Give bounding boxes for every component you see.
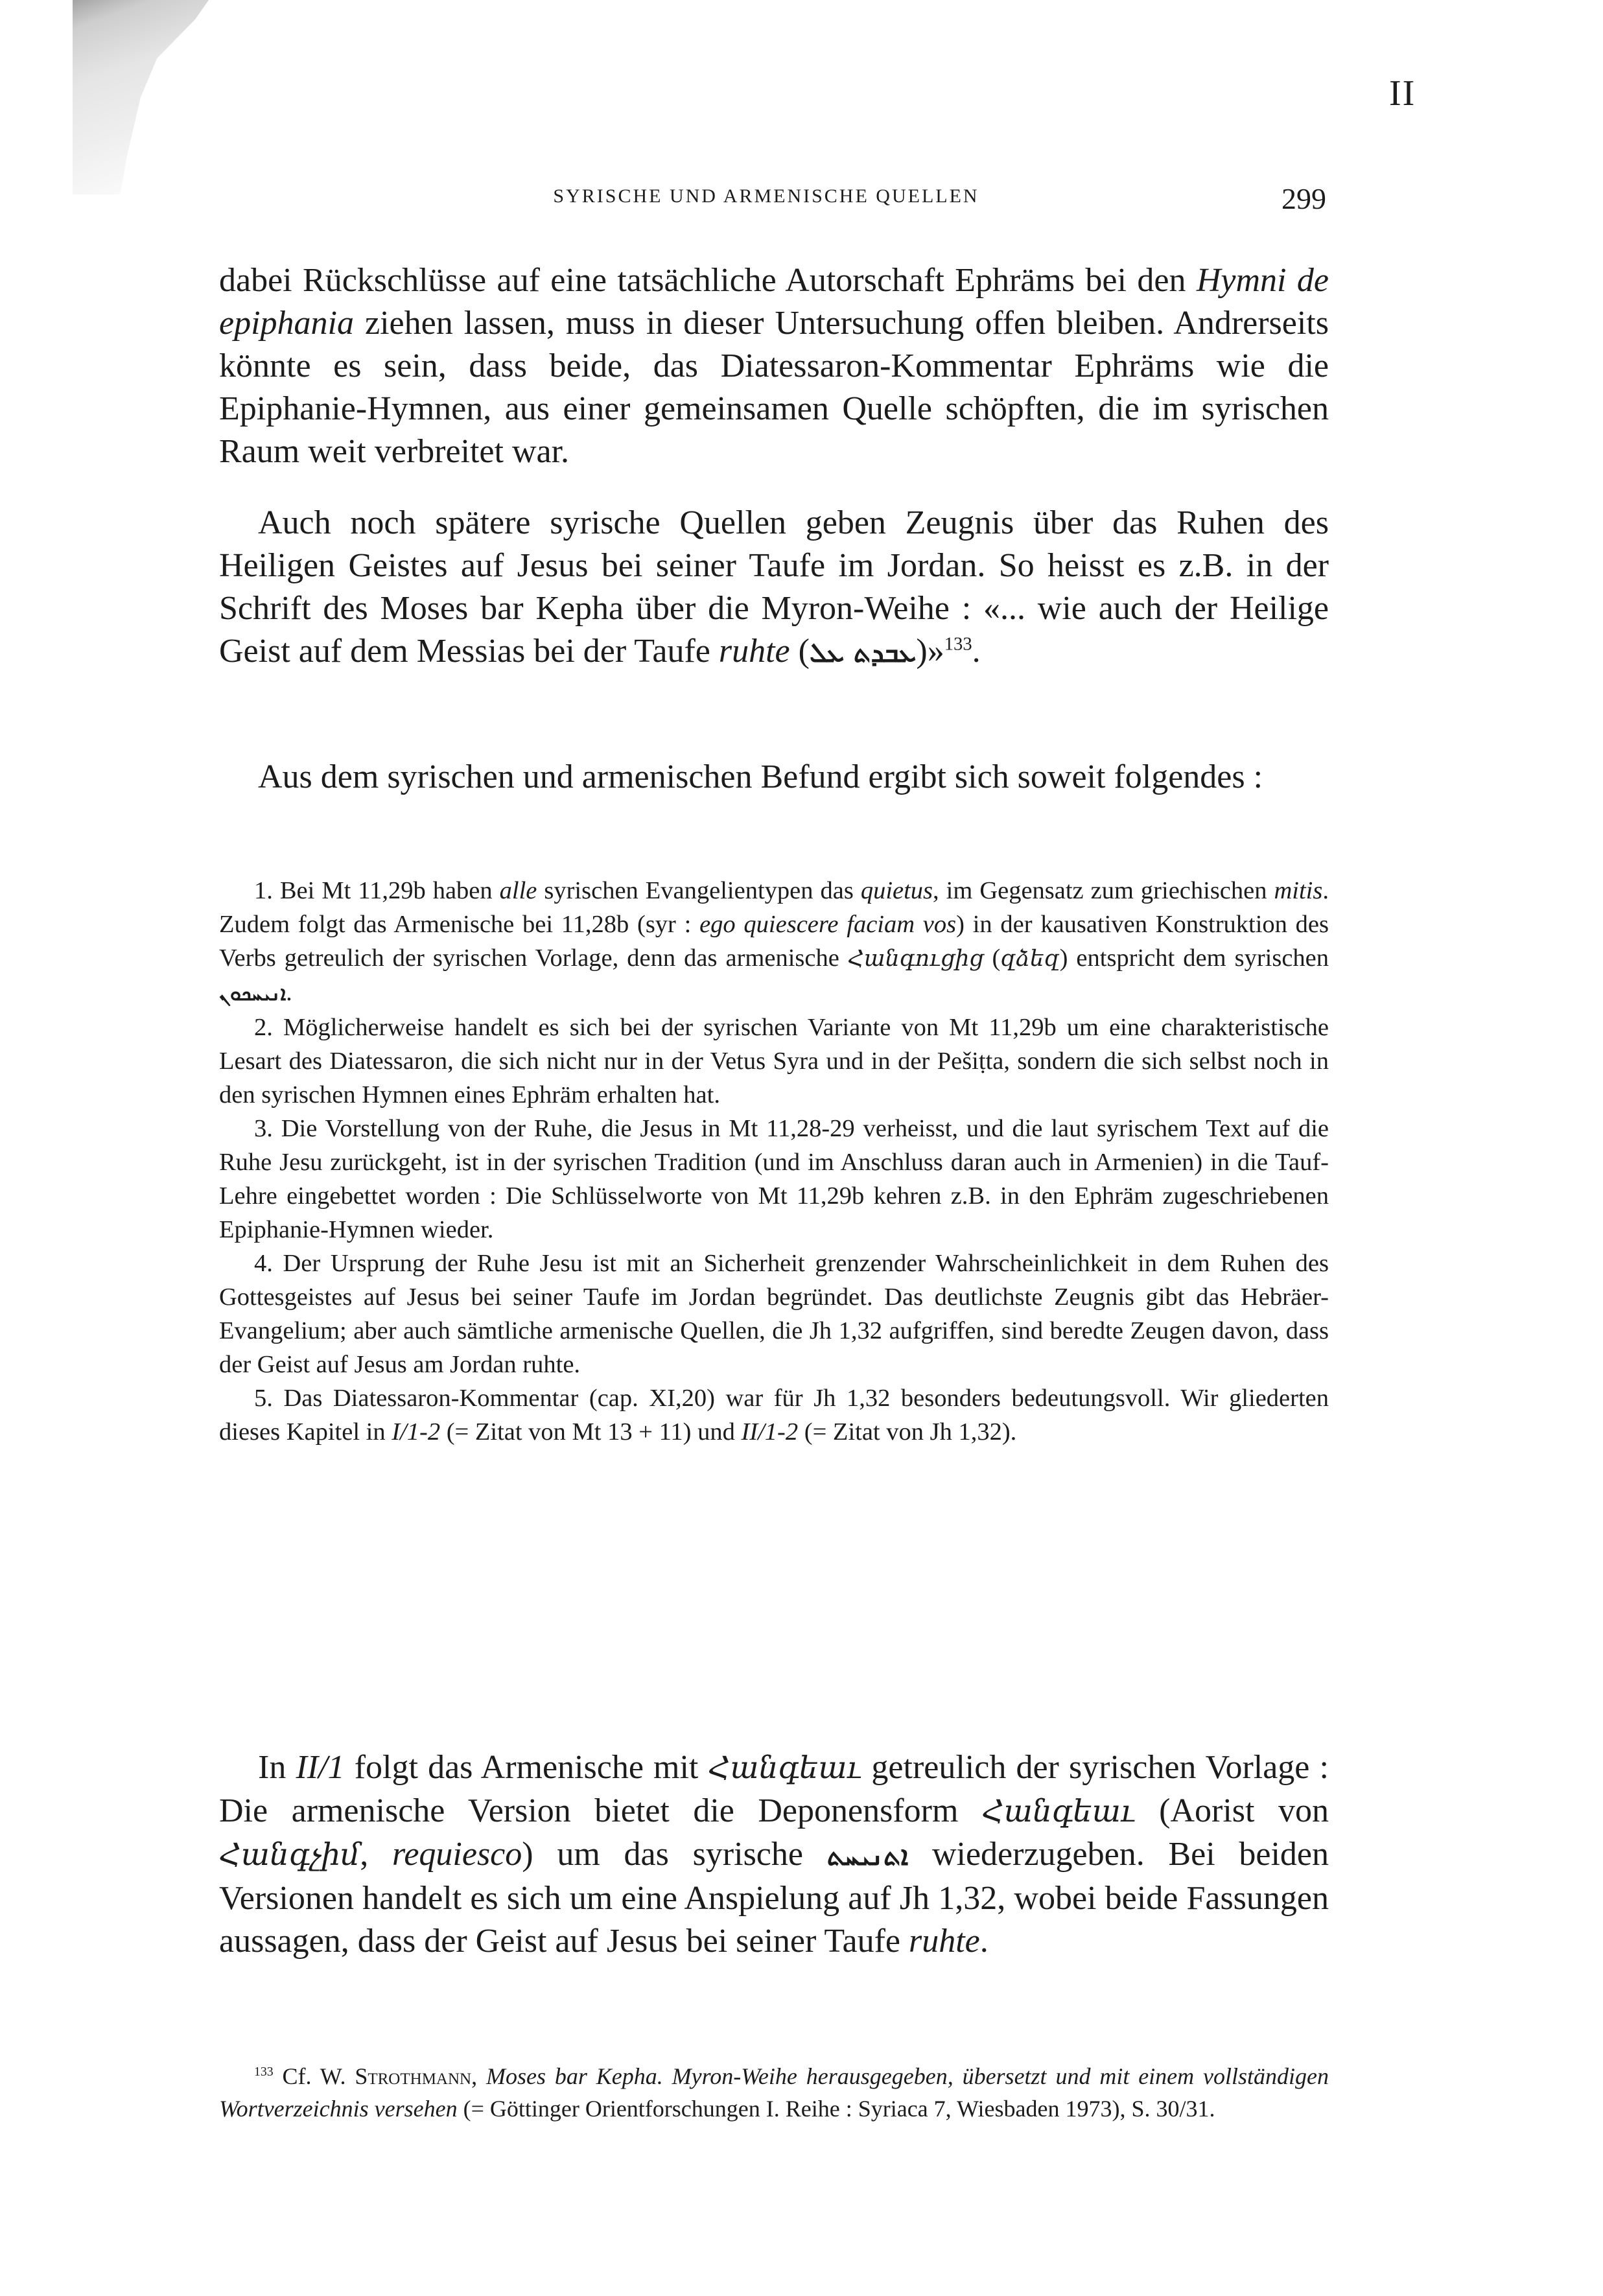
text: Der Ursprung der Ruhe Jesu ist mit an Si…: [219, 1250, 1329, 1378]
text: Aus dem syrischen und armenischen Befund…: [219, 756, 1329, 799]
armenian-word: Հանգեաւ: [708, 1751, 862, 1785]
italic-term: requiesco: [392, 1836, 522, 1873]
running-head: SYRISCHE UND ARMENISCHE QUELLEN 299: [284, 182, 1326, 220]
list-number: 4.: [254, 1250, 273, 1277]
list-number: 1.: [254, 877, 273, 904]
text: (= Zitat von Mt 13 + 11) und: [440, 1418, 741, 1446]
footnote-author: Strothmann: [355, 2063, 471, 2089]
italic-term: ego quiescere faciam vos: [699, 911, 956, 938]
list-number: 5.: [254, 1385, 273, 1412]
text: ) um das syrische: [522, 1836, 826, 1873]
list-number: 3.: [254, 1115, 273, 1142]
syriac-word: ܥܒܕܬ ܥܠ: [810, 637, 916, 668]
italic-term: ruhte: [909, 1923, 980, 1960]
paragraph-2: Auch noch spätere syrische Quellen geben…: [219, 502, 1329, 674]
text: Cf. W.: [274, 2063, 355, 2089]
list-item-2: 2. Möglicherweise handelt es sich bei de…: [219, 1011, 1329, 1112]
text: ,: [471, 2063, 486, 2089]
text: .: [980, 1923, 989, 1960]
running-head-title: SYRISCHE UND ARMENISCHE QUELLEN: [284, 185, 1326, 207]
text: Bei Mt 11,29b haben: [273, 877, 500, 904]
part-numeral: II: [1389, 73, 1416, 114]
text: folgt das Armenische mit: [345, 1749, 708, 1786]
text: dabei Rückschlüsse auf eine tatsächliche…: [219, 262, 1197, 299]
italic-section: I/1-2: [392, 1418, 440, 1446]
paragraph-1: dabei Rückschlüsse auf eine tatsächliche…: [219, 259, 1329, 473]
text: ) entspricht dem syrischen: [1060, 944, 1329, 972]
armenian-word: Հանգչիմ: [219, 1838, 360, 1872]
armenian-word: զձեզ: [1000, 946, 1059, 971]
text: (: [790, 633, 810, 670]
italic-section: II/1: [296, 1749, 344, 1786]
text: (Aorist von: [1136, 1792, 1329, 1829]
findings-list: 1. Bei Mt 11,29b haben alle syrischen Ev…: [219, 874, 1329, 1449]
syriac-word: ܐܬܢܝܚܬ: [827, 1840, 909, 1871]
scan-shadow: [73, 0, 209, 194]
list-number: 2.: [254, 1014, 273, 1041]
text: Möglicherweise handelt es sich bei der s…: [219, 1014, 1329, 1108]
italic-term: alle: [500, 877, 537, 904]
armenian-word: Հանգուցից: [848, 946, 984, 971]
list-item-5: 5. Das Diatessaron-Kommentar (cap. XI,20…: [219, 1381, 1329, 1449]
syriac-word: ܐܢܝܚܟܘܢ: [219, 982, 286, 1005]
text: Die Vorstellung von der Ruhe, die Jesus …: [219, 1115, 1329, 1243]
text: .: [286, 979, 292, 1006]
text: ziehen lassen, muss in dieser Untersuchu…: [219, 305, 1329, 470]
armenian-word: Հանգեաւ: [982, 1795, 1136, 1829]
text: (= Zitat von Jh 1,32).: [798, 1418, 1016, 1446]
italic-term: ruhte: [719, 633, 790, 670]
text: , im Gegensatz zum griechischen: [933, 877, 1274, 904]
paragraph-4: In II/1 folgt das Armenische mit Հանգեաւ…: [219, 1746, 1329, 1963]
text: .: [972, 633, 981, 670]
text: ,: [360, 1836, 392, 1873]
footnote-133: 133 Cf. W. Strothmann, Moses bar Kepha. …: [219, 2060, 1329, 2125]
text: In: [258, 1749, 296, 1786]
italic-section: II/1-2: [741, 1418, 798, 1446]
text: (= Göttinger Orientforschungen I. Reihe …: [458, 2096, 1215, 2122]
footnote-reference[interactable]: 133: [944, 635, 972, 655]
list-item-3: 3. Die Vorstellung von der Ruhe, die Jes…: [219, 1112, 1329, 1247]
italic-term: mitis: [1274, 877, 1322, 904]
text: syrischen Evangelientypen das: [537, 877, 860, 904]
text: (: [983, 944, 1000, 972]
list-item-4: 4. Der Ursprung der Ruhe Jesu ist mit an…: [219, 1247, 1329, 1381]
italic-term: quietus: [861, 877, 933, 904]
page-number: 299: [1281, 182, 1326, 216]
list-item-1: 1. Bei Mt 11,29b haben alle syrischen Ev…: [219, 874, 1329, 1011]
paragraph-3: Aus dem syrischen und armenischen Befund…: [219, 756, 1329, 799]
text: )»: [916, 633, 944, 670]
footnote-number: 133: [254, 2065, 274, 2079]
